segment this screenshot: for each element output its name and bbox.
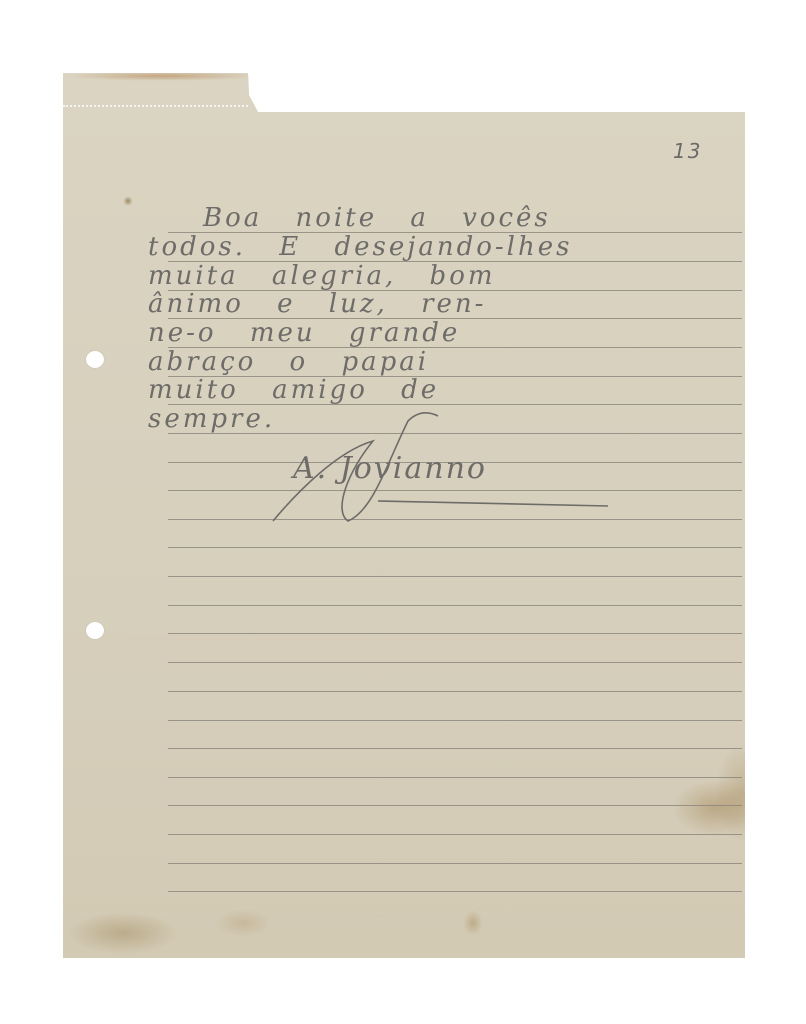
ruled-line: [168, 605, 742, 606]
letter-line: ne-o meu grande: [148, 319, 748, 348]
letter-line: Boa noite a vocês: [203, 204, 803, 233]
ruled-line: [168, 662, 742, 663]
ruled-line: [168, 891, 742, 892]
ruled-line: [168, 834, 742, 835]
ruled-line: [168, 633, 742, 634]
perforated-tab-edge: [63, 105, 248, 108]
punch-hole: [86, 351, 104, 368]
signature: A. Jovianno: [293, 451, 487, 486]
ruled-line: [168, 748, 742, 749]
ruled-line: [168, 720, 742, 721]
letter-line: abraço o papai: [148, 348, 748, 377]
ruled-line: [168, 805, 742, 806]
letter-page: 13 Boa noite a vocês todos. E desejando-…: [63, 73, 745, 958]
ruled-line: [168, 576, 742, 577]
ruled-line: [168, 863, 742, 864]
letter-line: muito amigo de: [148, 376, 748, 405]
ruled-line: [168, 547, 742, 548]
ruled-line: [168, 691, 742, 692]
signature-flourish: [278, 411, 598, 531]
page-number: 13: [673, 139, 702, 163]
letter-line: ânimo e luz, ren-: [148, 290, 748, 319]
letter-line: todos. E desejando-lhes: [148, 233, 748, 262]
ruled-line: [168, 777, 742, 778]
letter-line: muita alegria, bom: [148, 262, 748, 291]
punch-hole: [86, 622, 104, 639]
